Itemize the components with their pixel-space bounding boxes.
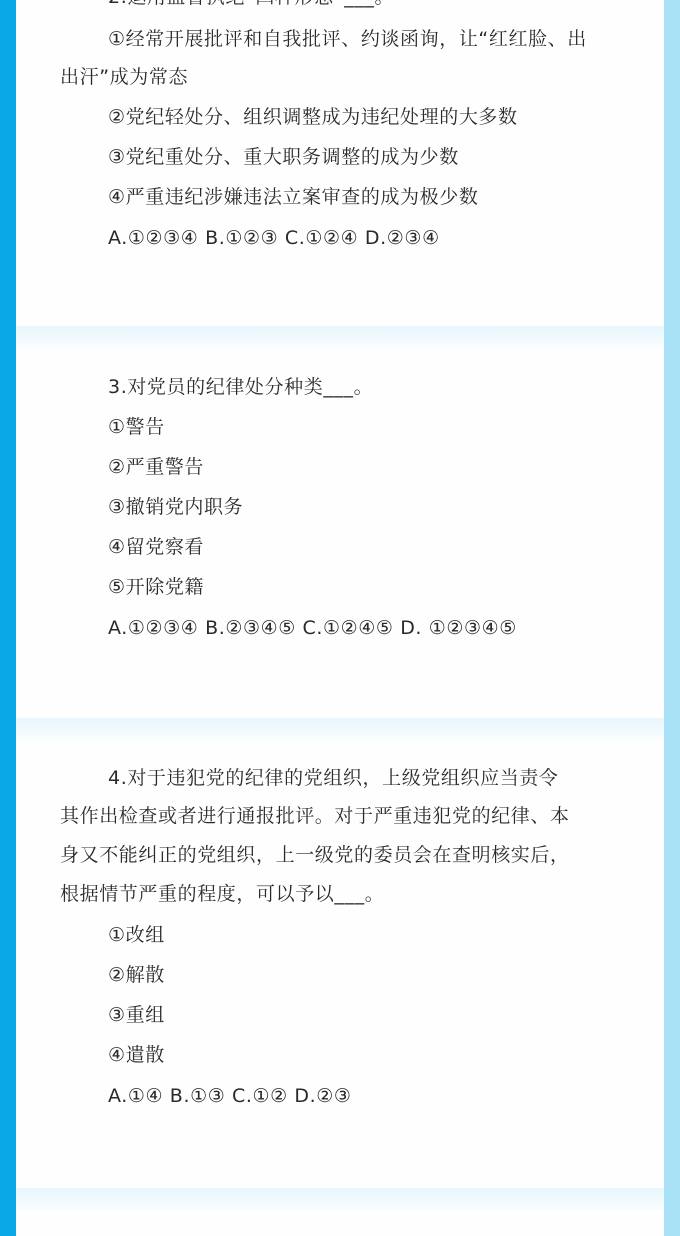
question-card-4: 4.对于违犯党的纪律的党组织，上级党组织应当责令 其作出检查或者进行通报批评。对… bbox=[16, 744, 664, 1188]
option-item: ①警告 bbox=[108, 414, 165, 440]
card-separator bbox=[16, 718, 664, 744]
option-item: ⑤开除党籍 bbox=[108, 574, 204, 600]
answer-choices: A.①②③④ B.①②③ C.①②④ D.②③④ bbox=[108, 225, 440, 251]
question-stem: 3.对党员的纪律处分种类___。 bbox=[108, 374, 373, 400]
option-item: ①改组 bbox=[108, 922, 165, 948]
question-stem: 2.运用监督执纪“四种形态”___。 bbox=[108, 0, 394, 10]
question-stem-line: 身又不能纠正的党组织，上一级党的委员会在查明核实后， bbox=[60, 842, 570, 868]
card-separator bbox=[16, 326, 664, 352]
question-card-3: 3.对党员的纪律处分种类___。 ①警告 ②严重警告 ③撤销党内职务 ④留党察看… bbox=[16, 352, 664, 718]
option-item: ③重组 bbox=[108, 1002, 165, 1028]
option-item: ②严重警告 bbox=[108, 454, 204, 480]
option-item: ③撤销党内职务 bbox=[108, 494, 243, 520]
option-item: ④留党察看 bbox=[108, 534, 204, 560]
option-item: ④严重违纪涉嫌违法立案审查的成为极少数 bbox=[108, 184, 478, 210]
card-separator bbox=[16, 1188, 664, 1214]
question-card-2: 2.运用监督执纪“四种形态”___。 ①经常开展批评和自我批评、约谈函询，让“红… bbox=[16, 0, 664, 326]
answer-choices: A.①②③④ B.②③④⑤ C.①②④⑤ D. ①②③④⑤ bbox=[108, 615, 517, 641]
left-accent-bar bbox=[0, 0, 16, 1236]
question-stem-line: 其作出检查或者进行通报批评。对于严重违犯党的纪律、本 bbox=[60, 803, 570, 829]
question-stem-line: ①经常开展批评和自我批评、约谈函询，让“红红脸、出 bbox=[108, 26, 587, 52]
answer-choices: A.①④ B.①③ C.①② D.②③ bbox=[108, 1083, 352, 1109]
question-stem-line: 根据情节严重的程度，可以予以___。 bbox=[60, 881, 384, 907]
right-accent-bar bbox=[664, 0, 680, 1236]
option-item: ②党纪轻处分、组织调整成为违纪处理的大多数 bbox=[108, 104, 518, 130]
question-card-next bbox=[16, 1214, 664, 1236]
quiz-content: 2.运用监督执纪“四种形态”___。 ①经常开展批评和自我批评、约谈函询，让“红… bbox=[16, 0, 664, 1236]
question-stem-line: 出汗”成为常态 bbox=[60, 64, 188, 90]
question-stem-line: 4.对于违犯党的纪律的党组织，上级党组织应当责令 bbox=[108, 765, 559, 791]
option-item: ③党纪重处分、重大职务调整的成为少数 bbox=[108, 144, 459, 170]
option-item: ④遣散 bbox=[108, 1042, 165, 1068]
option-item: ②解散 bbox=[108, 962, 165, 988]
